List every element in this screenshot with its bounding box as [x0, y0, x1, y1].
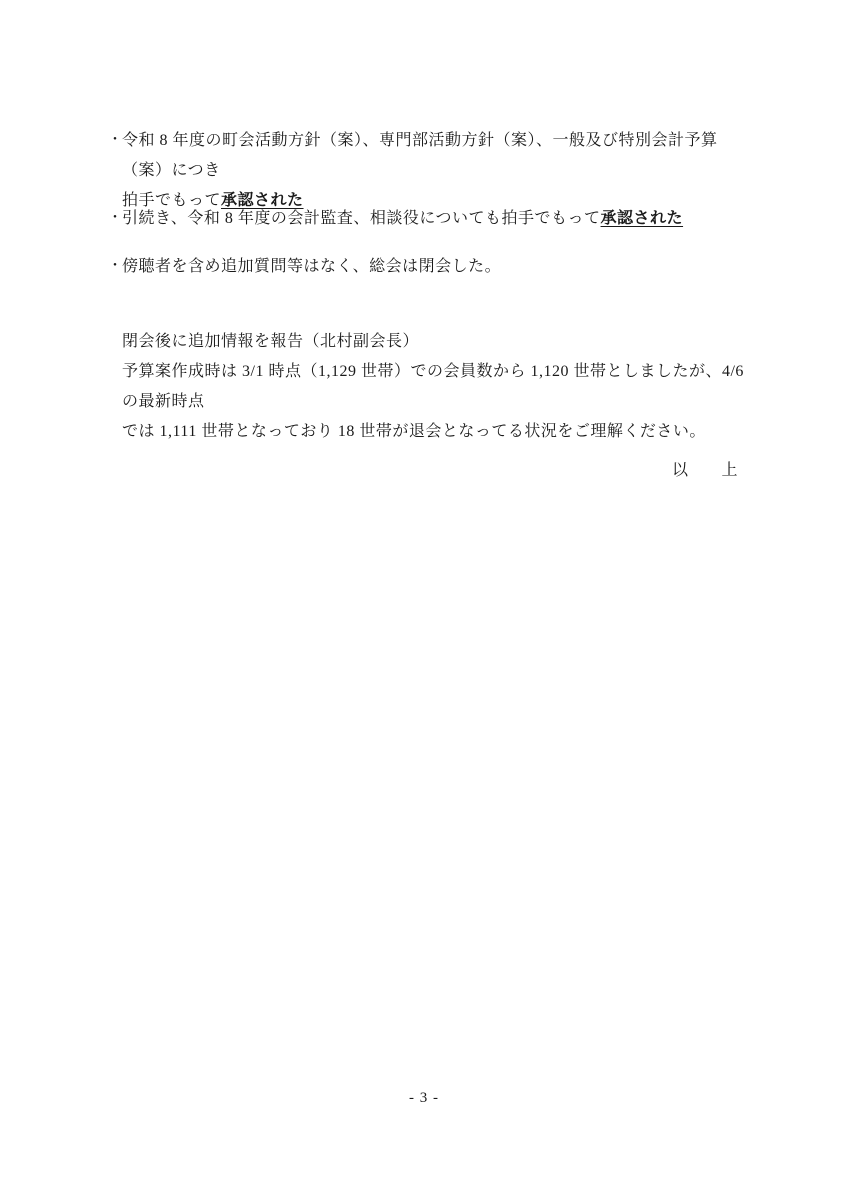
bullet-marker: ・	[108, 252, 122, 282]
bullet3-text: 傍聴者を含め追加質問等はなく、総会は閉会した。	[122, 252, 742, 282]
bullet-marker: ・	[108, 204, 122, 234]
closing-note-line2: 予算案作成時は 3/1 時点（1,129 世帯）での会員数から 1,120 世帯…	[122, 363, 744, 410]
bullet-item-approval-plans: ・ 令和 8 年度の町会活動方針（案）、専門部活動方針（案）、一般及び特別会計予…	[108, 126, 742, 216]
bullet-text: 令和 8 年度の町会活動方針（案）、専門部活動方針（案）、一般及び特別会計予算（…	[122, 126, 742, 216]
closing-note-line1: 閉会後に追加情報を報告（北村副会長）	[122, 333, 419, 350]
bullet-item-meeting-closed: ・ 傍聴者を含め追加質問等はなく、総会は閉会した。	[108, 252, 742, 282]
bullet2-prefix: 引続き、令和 8 年度の会計監査、相談役についても拍手でもって	[122, 210, 601, 227]
bullet1-line1: 令和 8 年度の町会活動方針（案）、専門部活動方針（案）、一般及び特別会計予算（…	[122, 132, 718, 179]
bullet2-approved-emphasis: 承認された	[601, 210, 684, 227]
bullet-item-approval-auditors: ・ 引続き、令和 8 年度の会計監査、相談役についても拍手でもって承認された	[108, 204, 742, 234]
bullet-marker: ・	[108, 126, 122, 156]
page-number: - 3 -	[0, 1083, 848, 1113]
bullet-text: 引続き、令和 8 年度の会計監査、相談役についても拍手でもって承認された	[122, 204, 742, 234]
document-page: ・ 令和 8 年度の町会活動方針（案）、専門部活動方針（案）、一般及び特別会計予…	[0, 0, 848, 1200]
closing-note-line3: では 1,111 世帯となっており 18 世帯が退会となってる状況をご理解くださ…	[122, 423, 706, 440]
sign-off: 以 上	[108, 456, 738, 486]
closing-note-paragraph: 閉会後に追加情報を報告（北村副会長） 予算案作成時は 3/1 時点（1,129 …	[122, 327, 748, 447]
